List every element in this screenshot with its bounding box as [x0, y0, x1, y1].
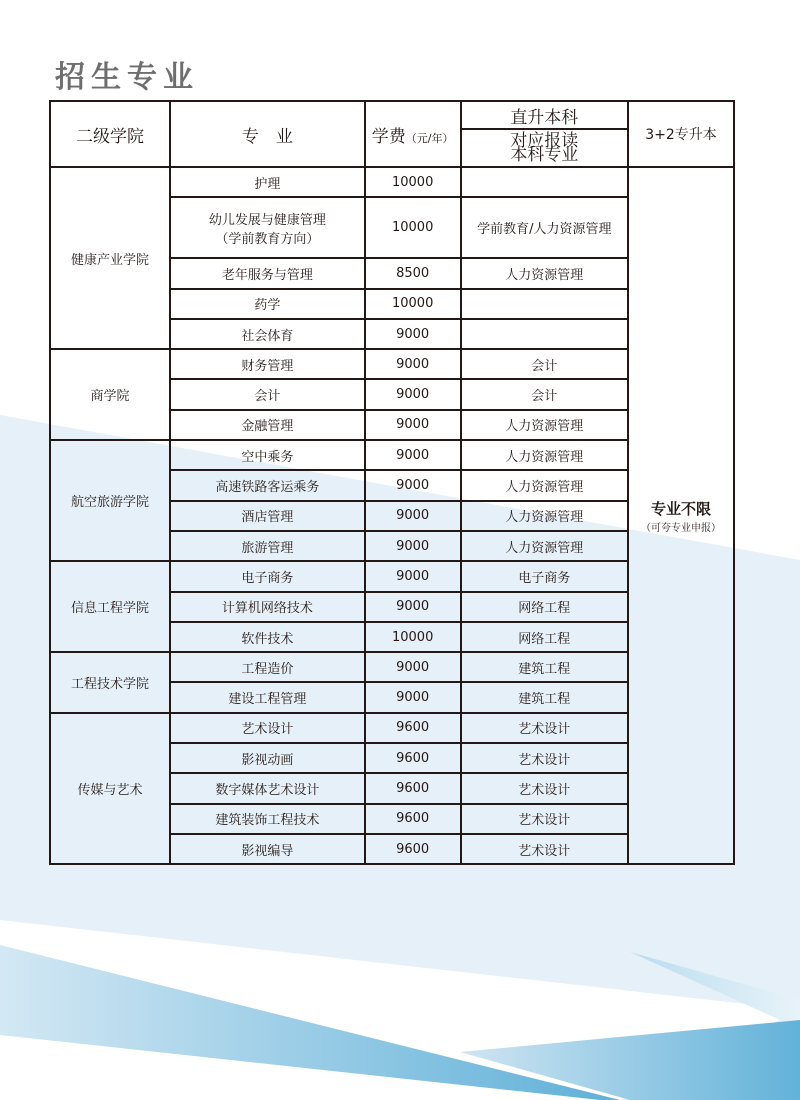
major-cell: 建设工程管理 — [170, 682, 365, 712]
major-cell: 软件技术 — [170, 622, 365, 652]
fee-cell: 9000 — [365, 349, 461, 379]
fee-cell: 9000 — [365, 652, 461, 682]
fee-cell: 9000 — [365, 592, 461, 622]
direct-cell — [461, 289, 628, 319]
major-cell: 幼儿发展与健康管理（学前教育方向） — [170, 197, 365, 258]
direct-cell: 艺术设计 — [461, 743, 628, 773]
fee-cell: 10000 — [365, 197, 461, 258]
major-cell: 老年服务与管理 — [170, 258, 365, 288]
three-plus-two-cell: 专业不限 （可夸专业申报） — [628, 167, 734, 864]
fee-cell: 9600 — [365, 743, 461, 773]
fee-cell: 10000 — [365, 622, 461, 652]
fee-cell: 10000 — [365, 167, 461, 197]
direct-cell: 人力资源管理 — [461, 531, 628, 561]
header-direct-sub: 对应报读 本科专业 — [461, 129, 628, 167]
header-direct-title: 直升本科 — [461, 101, 628, 129]
table-row: 健康产业学院 护理 10000 专业不限 （可夸专业申报） — [50, 167, 734, 197]
major-cell: 艺术设计 — [170, 713, 365, 743]
direct-cell: 人力资源管理 — [461, 470, 628, 500]
header-direct-sub-line2: 本科专业 — [510, 145, 578, 165]
major-cell: 金融管理 — [170, 410, 365, 440]
fee-cell: 9000 — [365, 561, 461, 591]
college-cell: 工程技术学院 — [50, 652, 170, 713]
major-cell: 社会体育 — [170, 319, 365, 349]
direct-cell: 学前教育/人力资源管理 — [461, 197, 628, 258]
major-cell: 建筑装饰工程技术 — [170, 804, 365, 834]
direct-cell — [461, 319, 628, 349]
major-cell: 财务管理 — [170, 349, 365, 379]
major-line2: （学前教育方向） — [215, 232, 319, 247]
fee-cell: 9000 — [365, 682, 461, 712]
header-three-plus-two: 3+2专升本 — [628, 101, 734, 167]
direct-cell: 人力资源管理 — [461, 501, 628, 531]
fee-cell: 9000 — [365, 531, 461, 561]
major-cell: 电子商务 — [170, 561, 365, 591]
direct-cell: 会计 — [461, 349, 628, 379]
direct-cell: 会计 — [461, 379, 628, 409]
major-cell: 旅游管理 — [170, 531, 365, 561]
major-line1: 幼儿发展与健康管理 — [209, 213, 326, 228]
major-cell: 数字媒体艺术设计 — [170, 773, 365, 803]
fee-cell: 9600 — [365, 773, 461, 803]
college-cell: 航空旅游学院 — [50, 440, 170, 561]
major-cell: 计算机网络技术 — [170, 592, 365, 622]
major-cell: 影视编导 — [170, 834, 365, 864]
three-plus-two-note: （可夸专业申报） — [629, 519, 733, 534]
fee-cell: 9600 — [365, 713, 461, 743]
fee-cell: 8500 — [365, 258, 461, 288]
direct-cell: 网络工程 — [461, 622, 628, 652]
fee-cell: 9000 — [365, 440, 461, 470]
major-cell: 护理 — [170, 167, 365, 197]
major-cell: 酒店管理 — [170, 501, 365, 531]
fee-cell: 9000 — [365, 379, 461, 409]
direct-cell: 人力资源管理 — [461, 440, 628, 470]
fee-cell: 9600 — [365, 804, 461, 834]
major-cell: 会计 — [170, 379, 365, 409]
majors-table: 二级学院 专 业 学费（元/年） 直升本科 3+2专升本 对应报读 本科专业 健… — [49, 100, 735, 865]
header-fee: 学费（元/年） — [365, 101, 461, 167]
major-cell: 药学 — [170, 289, 365, 319]
header-college: 二级学院 — [50, 101, 170, 167]
header-major: 专 业 — [170, 101, 365, 167]
direct-cell: 人力资源管理 — [461, 410, 628, 440]
major-cell: 空中乘务 — [170, 440, 365, 470]
college-cell: 健康产业学院 — [50, 167, 170, 349]
college-cell: 信息工程学院 — [50, 561, 170, 652]
direct-cell: 建筑工程 — [461, 682, 628, 712]
direct-cell: 艺术设计 — [461, 773, 628, 803]
fee-cell: 9000 — [365, 470, 461, 500]
major-cell: 高速铁路客运乘务 — [170, 470, 365, 500]
three-plus-two-main: 专业不限 — [629, 498, 733, 519]
direct-cell: 艺术设计 — [461, 834, 628, 864]
header-fee-label: 学费 — [372, 127, 406, 147]
direct-cell: 艺术设计 — [461, 804, 628, 834]
fee-cell: 9000 — [365, 501, 461, 531]
direct-cell: 艺术设计 — [461, 713, 628, 743]
college-cell: 商学院 — [50, 349, 170, 440]
direct-cell: 建筑工程 — [461, 652, 628, 682]
direct-cell: 电子商务 — [461, 561, 628, 591]
major-cell: 工程造价 — [170, 652, 365, 682]
fee-cell: 9000 — [365, 410, 461, 440]
direct-cell — [461, 167, 628, 197]
major-cell: 影视动画 — [170, 743, 365, 773]
direct-cell: 人力资源管理 — [461, 258, 628, 288]
fee-cell: 9000 — [365, 319, 461, 349]
college-cell: 传媒与艺术 — [50, 713, 170, 864]
direct-cell: 网络工程 — [461, 592, 628, 622]
header-fee-unit: （元/年） — [406, 132, 454, 145]
page-title: 招生专业 — [55, 52, 199, 96]
fee-cell: 9600 — [365, 834, 461, 864]
fee-cell: 10000 — [365, 289, 461, 319]
